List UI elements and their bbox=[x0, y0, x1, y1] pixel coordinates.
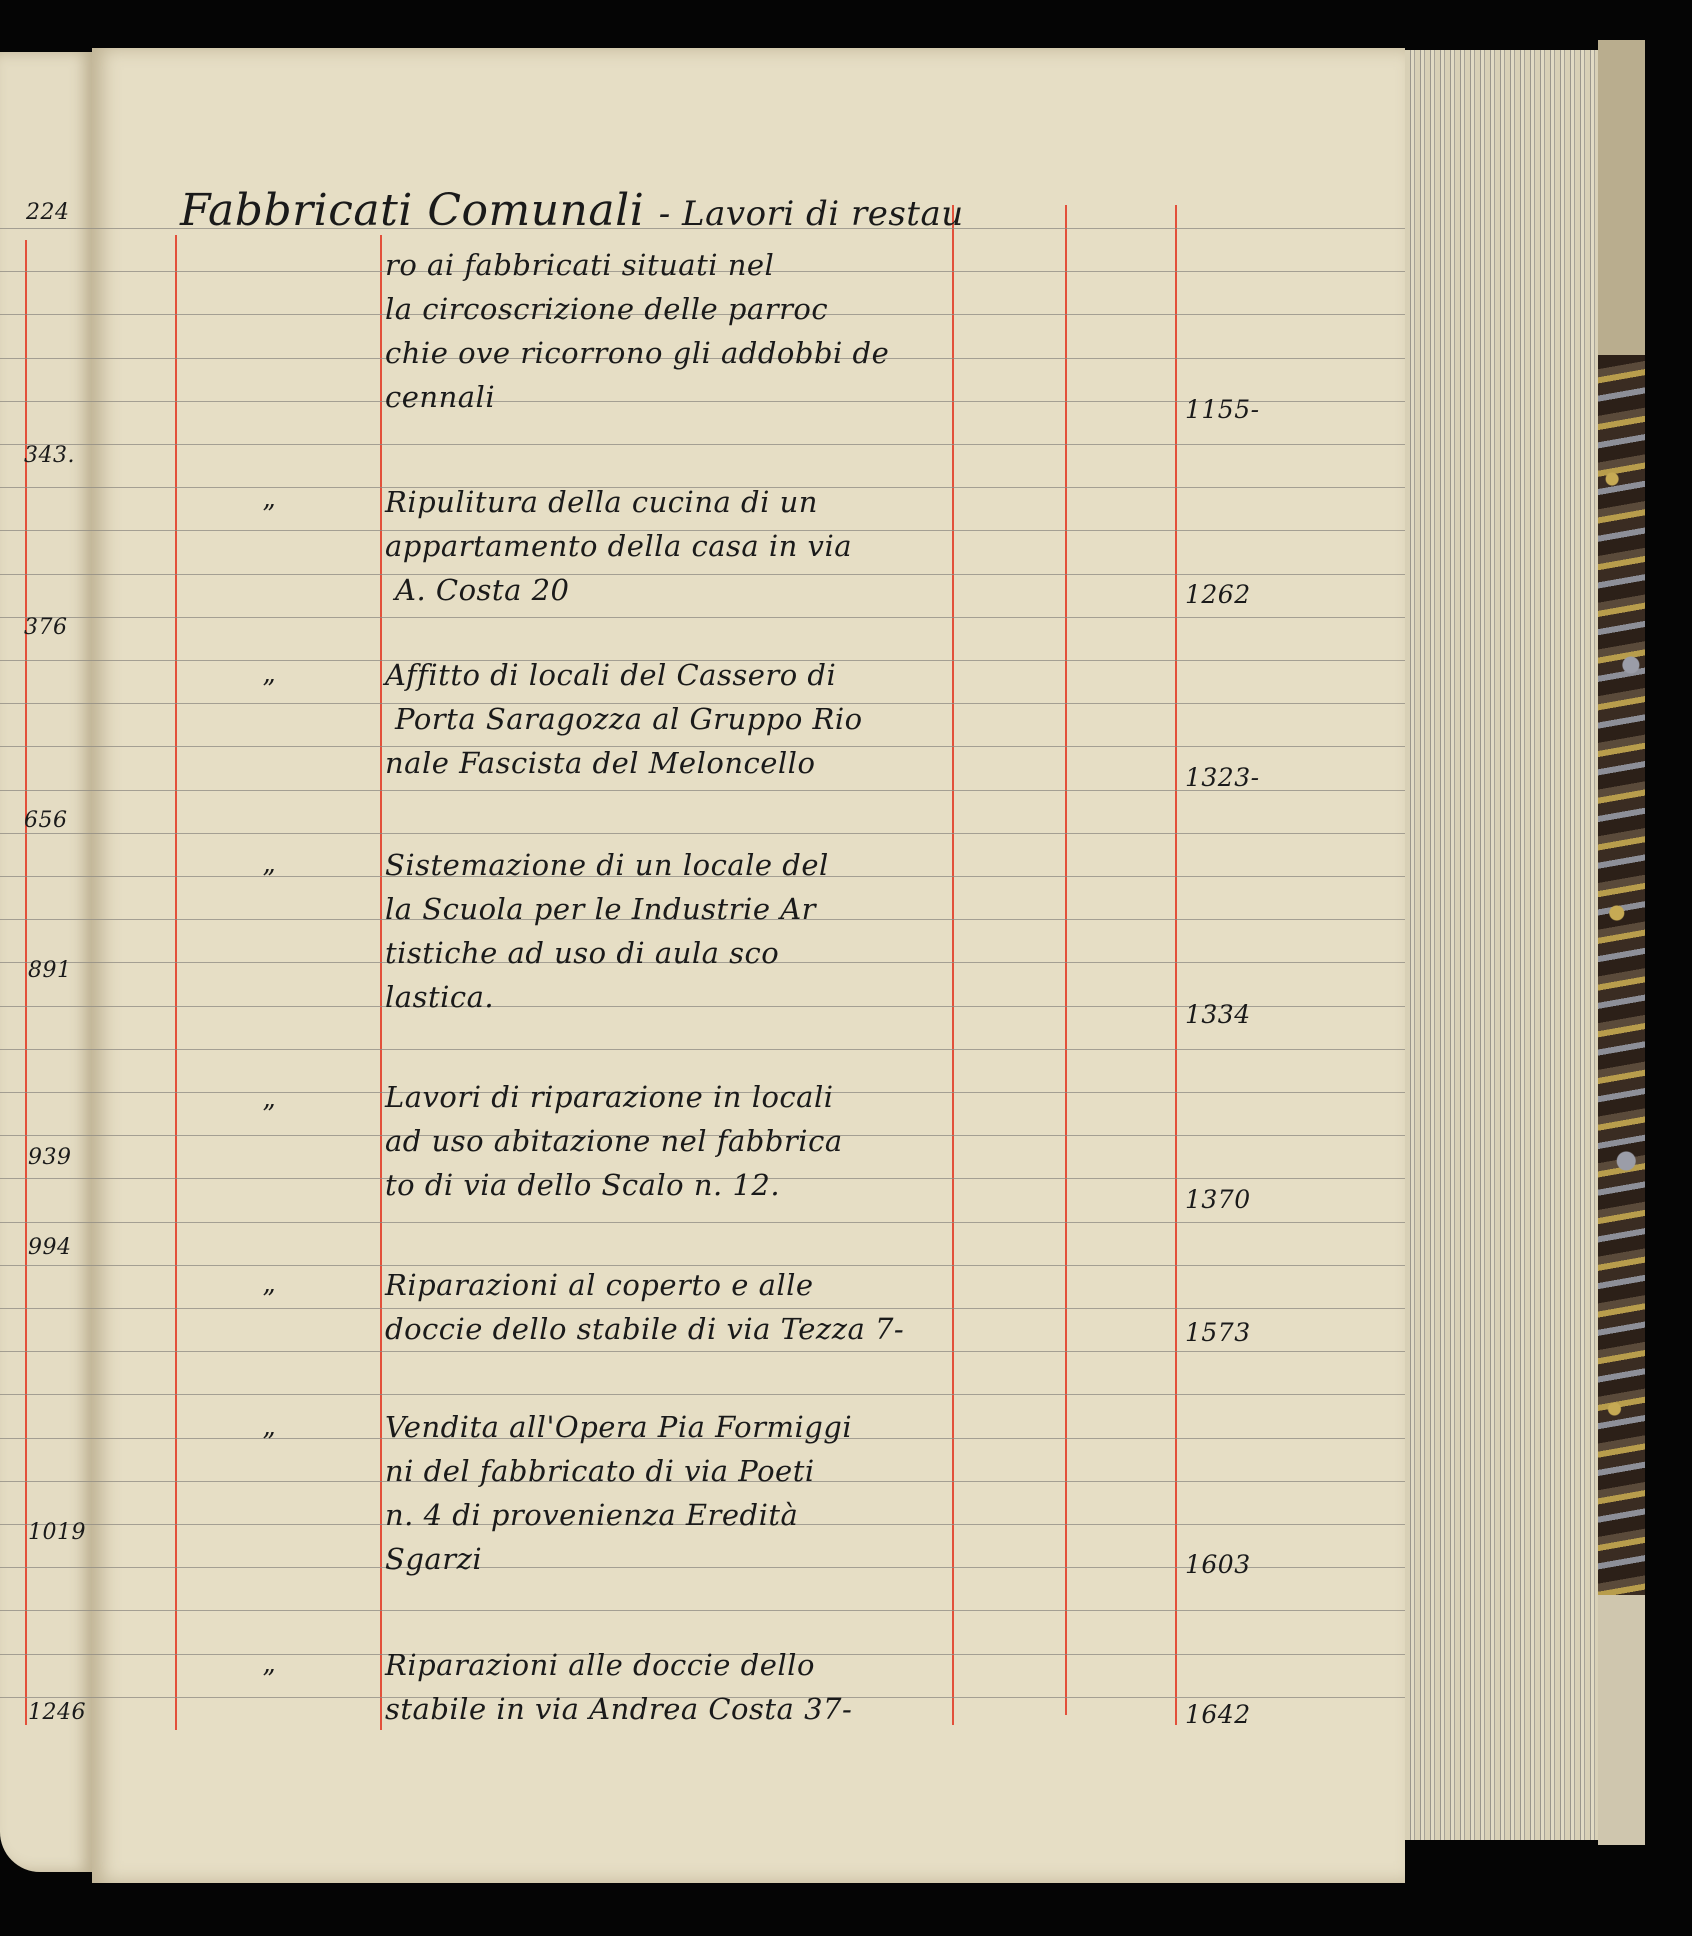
entry-amount: 1573 bbox=[1185, 1318, 1251, 1347]
ruled-line bbox=[0, 444, 1405, 445]
entry-amount: 1642 bbox=[1185, 1700, 1251, 1729]
entry-line: Sgarzi bbox=[385, 1542, 482, 1576]
entry-line: Ripulitura della cucina di un bbox=[385, 485, 818, 519]
heading-text: Fabbricati Comunali bbox=[180, 185, 644, 236]
ditto-mark: ” bbox=[262, 1665, 276, 1695]
margin-number: 224 bbox=[26, 200, 70, 225]
ruled-line bbox=[0, 1265, 1405, 1266]
heading-continuation: - Lavori di restau bbox=[659, 194, 964, 234]
entry-amount: 1262 bbox=[1185, 580, 1251, 609]
entry-amount: 1155- bbox=[1185, 395, 1260, 424]
entry-line: Vendita all'Opera Pia Formiggi bbox=[385, 1410, 852, 1444]
ruled-line bbox=[0, 1351, 1405, 1352]
ruled-line bbox=[0, 617, 1405, 618]
ruled-line bbox=[0, 574, 1405, 575]
entry-line: n. 4 di provenienza Eredità bbox=[385, 1498, 798, 1532]
red-rule-col3 bbox=[952, 205, 954, 1725]
entry-amount: 1603 bbox=[1185, 1550, 1251, 1579]
entry-line: appartamento della casa in via bbox=[385, 529, 852, 563]
red-rule-col1 bbox=[175, 235, 177, 1730]
entry-line: cennali bbox=[385, 380, 495, 414]
margin-number: 939 bbox=[28, 1145, 72, 1170]
red-rule-col4 bbox=[1065, 205, 1067, 1715]
margin-number: 994 bbox=[28, 1235, 72, 1260]
ditto-mark: ” bbox=[262, 1285, 276, 1315]
red-rule-col2 bbox=[380, 235, 382, 1730]
ruled-line bbox=[0, 833, 1405, 834]
entry-line: to di via dello Scalo n. 12. bbox=[385, 1168, 780, 1202]
margin-number: 376 bbox=[24, 615, 68, 640]
margin-number: 1246 bbox=[28, 1700, 86, 1725]
entry-line: chie ove ricorrono gli addobbi de bbox=[385, 336, 889, 370]
entry-line: la Scuola per le Industrie Ar bbox=[385, 892, 816, 926]
entry-line: Riparazioni al coperto e alle bbox=[385, 1268, 814, 1302]
ruled-line bbox=[0, 1610, 1405, 1611]
entry-line: Porta Saragozza al Gruppo Rio bbox=[395, 702, 863, 736]
ruled-line bbox=[0, 1394, 1405, 1395]
entry-line: Riparazioni alle doccie dello bbox=[385, 1648, 815, 1682]
ditto-mark: ” bbox=[262, 1428, 276, 1458]
page-stack-fore-edge bbox=[1405, 50, 1598, 1840]
ruled-line bbox=[0, 1308, 1405, 1309]
entry-line: Lavori di riparazione in locali bbox=[385, 1080, 834, 1114]
ditto-mark: ” bbox=[262, 675, 276, 705]
entry-line: ro ai fabbricati situati nel bbox=[385, 248, 774, 282]
entry-line: doccie dello stabile di via Tezza 7- bbox=[385, 1312, 904, 1346]
entry-amount: 1334 bbox=[1185, 1000, 1251, 1029]
entry-line: lastica. bbox=[385, 980, 494, 1014]
ruled-line bbox=[0, 1222, 1405, 1223]
entry-line: A. Costa 20 bbox=[395, 573, 569, 607]
margin-number: 1019 bbox=[28, 1520, 86, 1545]
marbled-cover-edge bbox=[1598, 355, 1645, 1595]
entry-line: ad uso abitazione nel fabbrica bbox=[385, 1124, 843, 1158]
entry-line: Sistemazione di un locale del bbox=[385, 848, 829, 882]
margin-number: 343. bbox=[24, 443, 75, 468]
entry-line: la circoscrizione delle parroc bbox=[385, 292, 828, 326]
entry-line: Affitto di locali del Cassero di bbox=[385, 658, 836, 692]
entry-line: stabile in via Andrea Costa 37- bbox=[385, 1692, 852, 1726]
red-rule-col5 bbox=[1175, 205, 1177, 1725]
entry-line: ni del fabbricato di via Poeti bbox=[385, 1454, 815, 1488]
margin-number: 891 bbox=[28, 958, 72, 983]
entry-line: nale Fascista del Meloncello bbox=[385, 746, 815, 780]
margin-number: 656 bbox=[24, 808, 68, 833]
entry-amount: 1370 bbox=[1185, 1185, 1251, 1214]
ditto-mark: ” bbox=[262, 865, 276, 895]
entry-amount: 1323- bbox=[1185, 763, 1260, 792]
book-cover-bottom bbox=[1598, 1595, 1645, 1845]
ledger-heading: Fabbricati Comunali - Lavori di restau bbox=[180, 185, 964, 236]
book-cover-top bbox=[1598, 40, 1645, 360]
ruled-line bbox=[0, 1049, 1405, 1050]
ditto-mark: ” bbox=[262, 500, 276, 530]
ditto-mark: ” bbox=[262, 1100, 276, 1130]
entry-line: tistiche ad uso di aula sco bbox=[385, 936, 779, 970]
